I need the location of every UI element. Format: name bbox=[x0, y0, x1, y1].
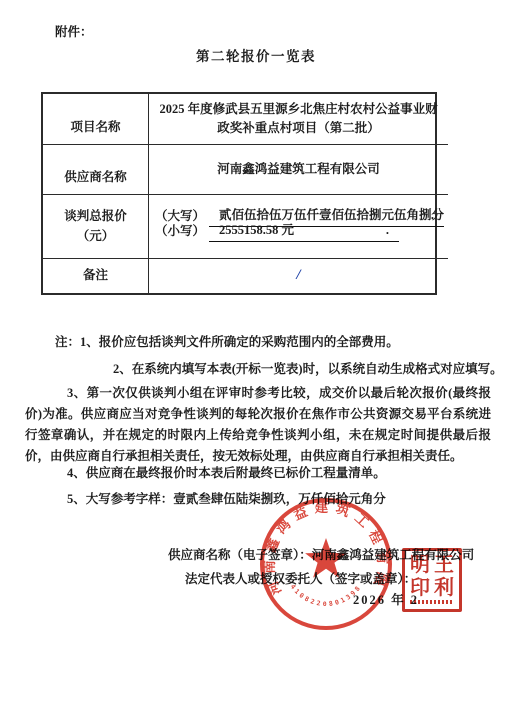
total-price-value: （大写） 贰佰伍拾伍万伍仟壹佰伍拾捌元伍角捌分 . （小写） 2555158.5… bbox=[149, 195, 448, 259]
square-name-seal: 明 王 印 利 bbox=[402, 548, 462, 612]
remark-slash: / bbox=[296, 264, 300, 287]
note-line-1: 注：1、报价应包括谈判文件所确定的采购范围内的全部费用。 bbox=[55, 332, 399, 350]
note-paragraph-3: 3、第一次仅供谈判小组在评审时参考比较，成交价以最后轮次报价(最终报价)为准。供… bbox=[25, 383, 491, 467]
price-in-figures-line: （小写） 2555158.58 元 . bbox=[155, 227, 444, 242]
price-words-period: . bbox=[431, 206, 434, 225]
total-price-label-line2: （元） bbox=[77, 227, 115, 246]
seal-char-bottom-left: 印 bbox=[408, 576, 432, 599]
square-seal-characters: 明 王 印 利 bbox=[408, 553, 456, 599]
note-line-4: 4、供应商在最终报价时本表后附最终已标价工程量清单。 bbox=[67, 463, 386, 481]
round-company-stamp: 河南鑫鸿益建筑工程有限公司 4108220801398 bbox=[256, 494, 396, 634]
total-price-label-line1: 谈判总报价 bbox=[64, 207, 127, 226]
stamp-star-icon bbox=[305, 538, 347, 578]
total-price-label: 谈判总报价 （元） bbox=[43, 195, 149, 259]
supplier-name-value: 河南鑫鸿益建筑工程有限公司 bbox=[149, 145, 448, 195]
page-title: 第二轮报价一览表 bbox=[0, 45, 512, 65]
price-figures-period: . bbox=[386, 221, 389, 240]
round-stamp-number-text: 4108220801398 bbox=[289, 583, 364, 608]
project-name-value: 2025 年度修武县五里源乡北焦庄村农村公益事业财政奖补重点村项目（第二批） bbox=[149, 94, 448, 145]
remark-value: / bbox=[149, 259, 448, 293]
seal-char-top-right: 王 bbox=[432, 553, 456, 576]
note-line-2: 2、在系统内填写本表(开标一览表)时，以系统自动生成格式对应填写。 bbox=[113, 359, 503, 377]
remark-label: 备注 bbox=[43, 259, 149, 293]
price-figures-prefix: （小写） bbox=[155, 222, 205, 241]
round-stamp-graphic: 河南鑫鸿益建筑工程有限公司 4108220801398 bbox=[256, 494, 396, 634]
project-name-label: 项目名称 bbox=[43, 94, 149, 145]
seal-char-bottom-right: 利 bbox=[432, 576, 456, 599]
price-figures-underline: 2555158.58 元 . bbox=[209, 221, 399, 241]
attachment-label: 附件： bbox=[55, 22, 93, 40]
price-figures-value: 2555158.58 元 bbox=[209, 221, 294, 240]
square-seal-number-strip bbox=[410, 600, 454, 604]
bid-table: 项目名称 2025 年度修武县五里源乡北焦庄村农村公益事业财政奖补重点村项目（第… bbox=[41, 92, 437, 295]
seal-char-top-left: 明 bbox=[408, 553, 432, 576]
document-page: 附件： 第二轮报价一览表 项目名称 2025 年度修武县五里源乡北焦庄村农村公益… bbox=[0, 0, 512, 715]
supplier-name-label: 供应商名称 bbox=[43, 145, 149, 195]
